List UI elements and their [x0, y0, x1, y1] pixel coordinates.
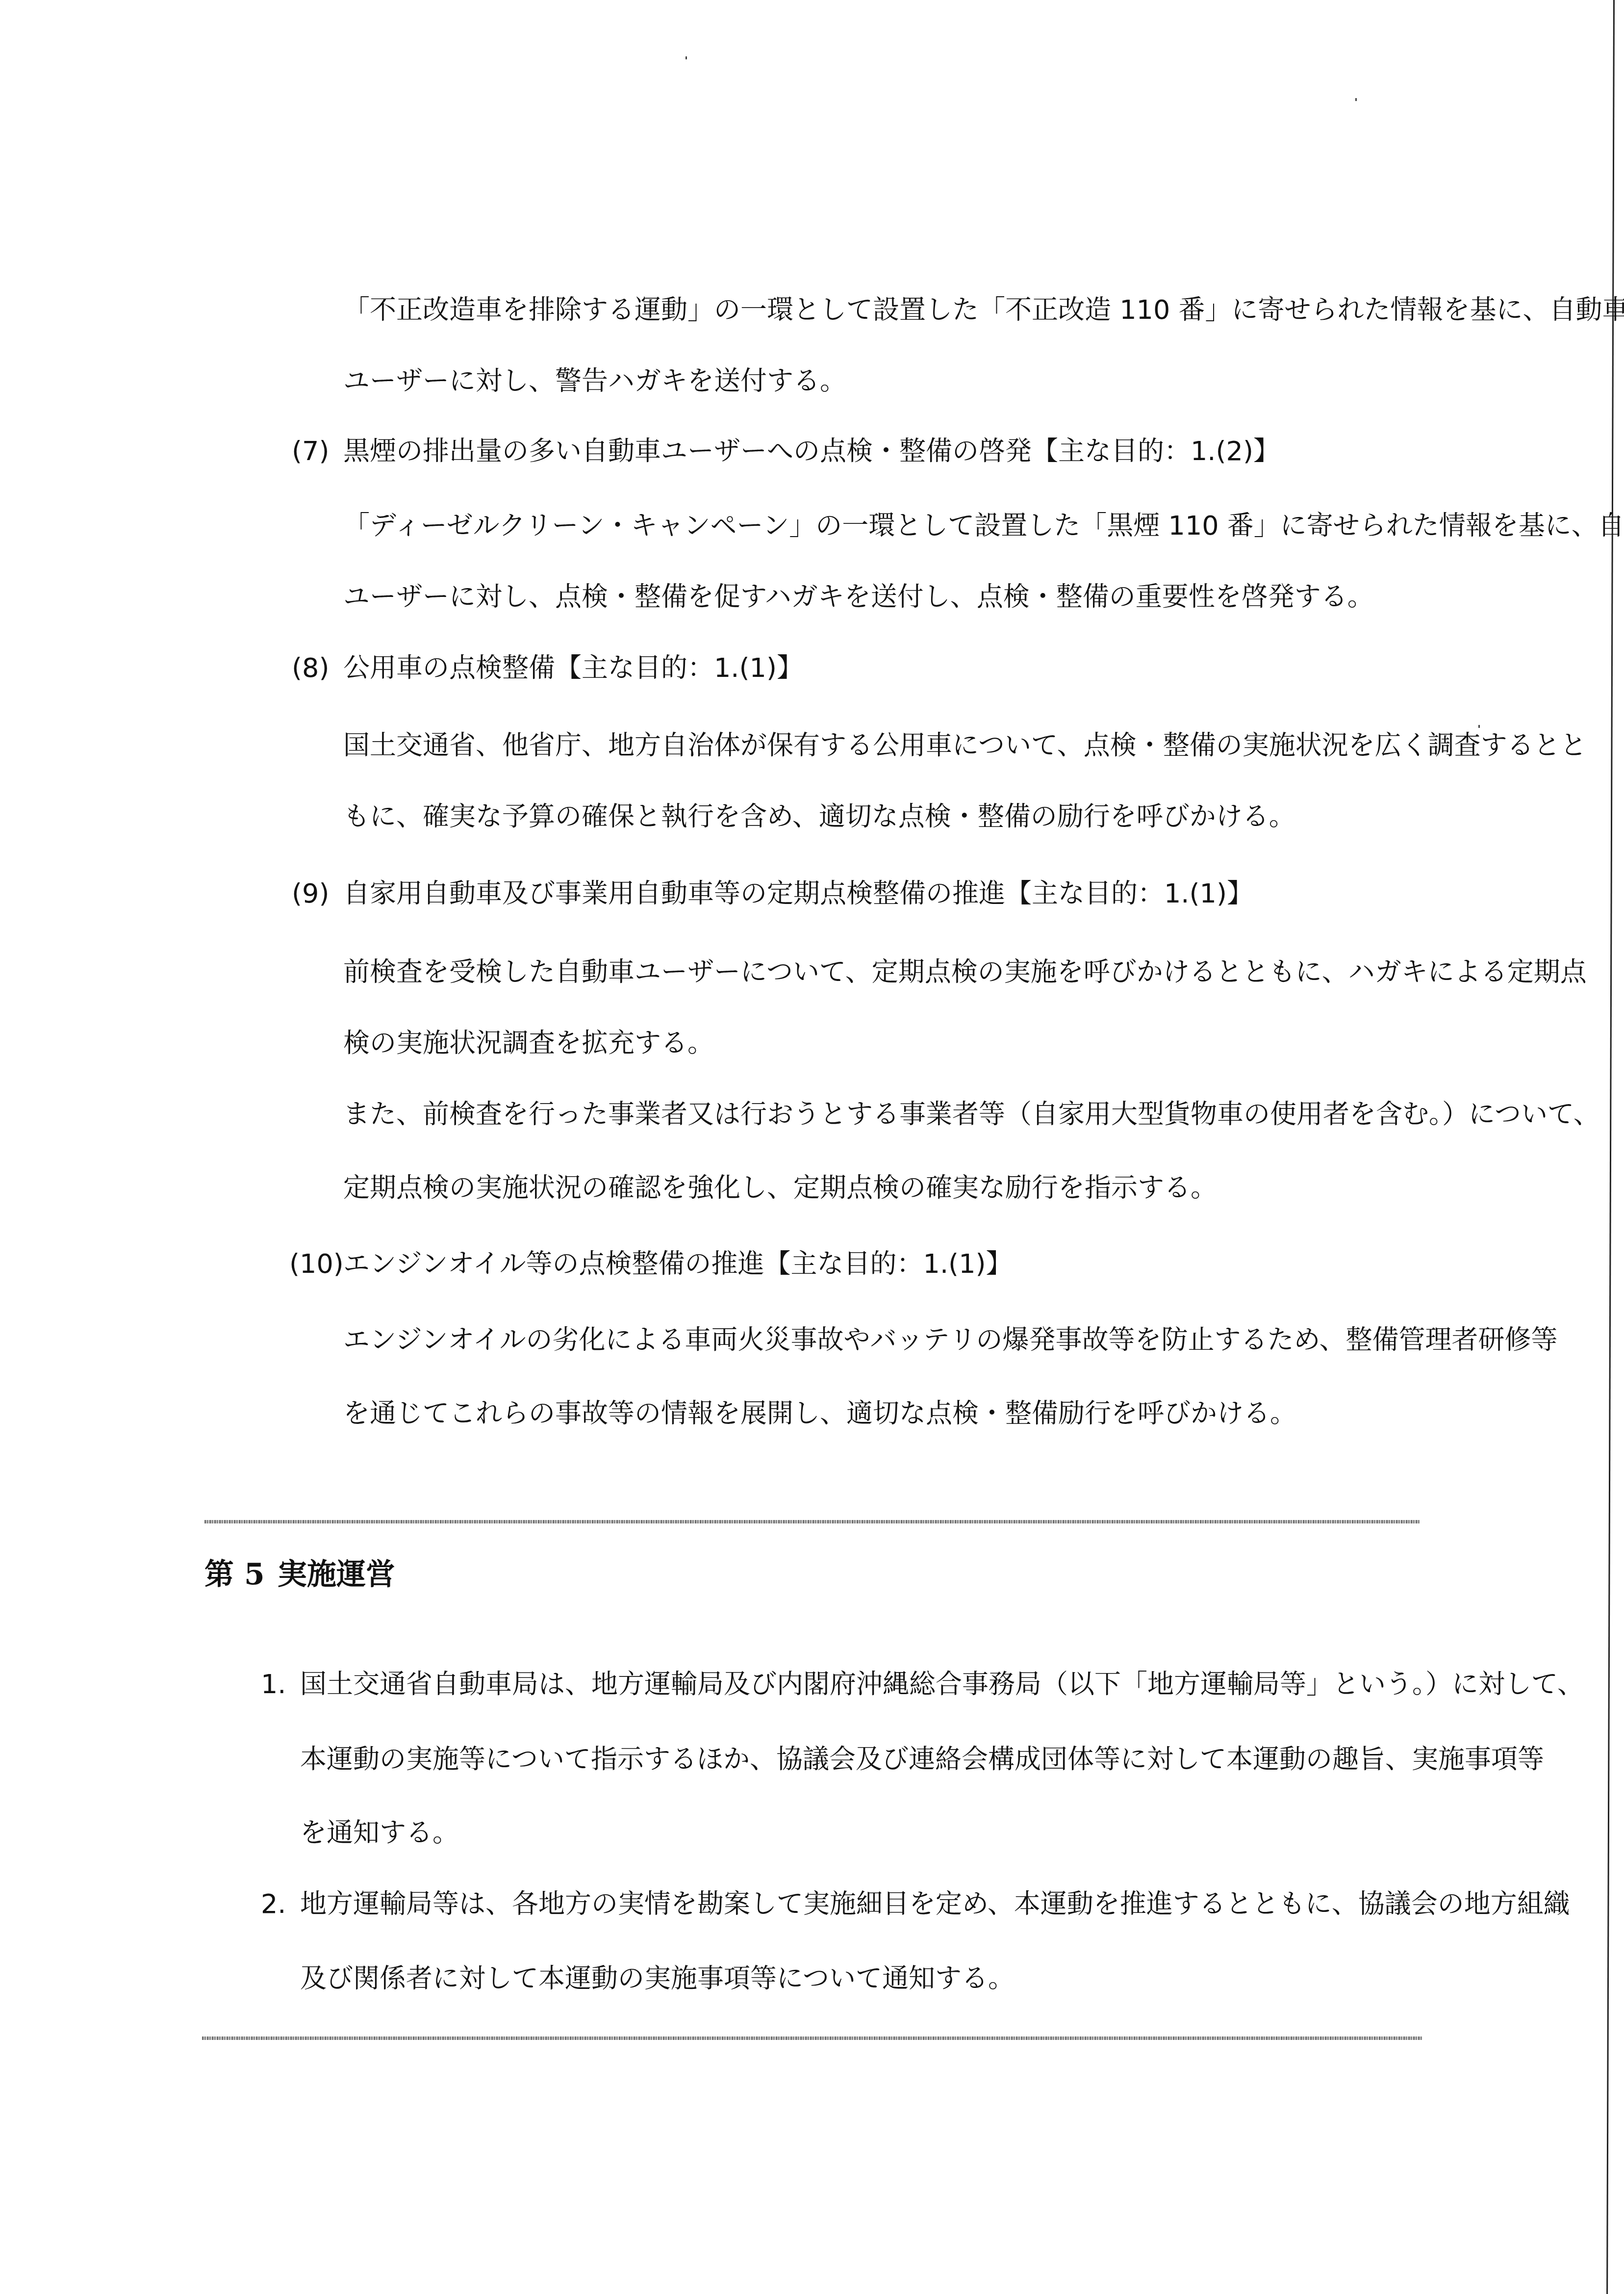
paragraph-line: 検の実施状況調査を拡充する。 [343, 1028, 714, 1059]
item-number: (8) [292, 652, 330, 684]
paragraph-line: 前検査を受検した自動車ユーザーについて、定期点検の実施を呼びかけるとともに、ハガ… [343, 956, 1587, 988]
paragraph-line: もに、確実な予算の確保と執行を含め、適切な点検・整備の励行を呼びかける。 [343, 801, 1295, 832]
list-number: 2. [261, 1888, 286, 1920]
section-title: 実施運営 [278, 1557, 395, 1592]
scanner-edge-line [1606, 0, 1615, 2294]
item-number: (7) [292, 436, 330, 467]
paragraph-line: を通知する。 [300, 1817, 459, 1849]
paragraph-line: エンジンオイルの劣化による車両火災事故やバッテリの爆発事故等を防止するため、整備… [343, 1324, 1557, 1356]
list-number: 1. [261, 1669, 286, 1700]
paragraph-line: ユーザーに対し、点検・整備を促すハガキを送付し、点検・整備の重要性を啓発する。 [343, 581, 1374, 613]
paragraph-line: 「ディーゼルクリーン・キャンペーン」の一環として設置した「黒煙 110 番」に寄… [343, 510, 1624, 541]
paragraph-line: 及び関係者に対して本運動の実施事項等について通知する。 [300, 1963, 1015, 1994]
paragraph-line: また、前検査を行った事業者又は行おうとする事業者等（自家用大型貨物車の使用者を含… [343, 1099, 1600, 1130]
section-number: 第 5 [204, 1557, 265, 1592]
paragraph-line: 本運動の実施等について指示するほか、協議会及び連絡会構成団体等に対して本運動の趣… [300, 1744, 1544, 1775]
item-title: 自家用自動車及び事業用自動車等の定期点検整備の推進【主な目的：1.(1)】 [343, 878, 1253, 909]
scan-speck [685, 56, 687, 59]
scan-speck [1355, 98, 1357, 101]
paragraph-line: 定期点検の実施状況の確認を強化し、定期点検の確実な励行を指示する。 [343, 1172, 1217, 1204]
paragraph-line: 国土交通省自動車局は、地方運輸局及び内閣府沖縄総合事務局（以下「地方運輸局等」と… [300, 1669, 1584, 1700]
paragraph-line: 国土交通省、他省庁、地方自治体が保有する公用車について、点検・整備の実施状況を広… [343, 730, 1587, 761]
section-divider [204, 1520, 1420, 1523]
item-number: (10) [289, 1248, 344, 1280]
item-title: 公用車の点検整備【主な目的：1.(1)】 [343, 652, 803, 684]
item-title: エンジンオイル等の点検整備の推進【主な目的：1.(1)】 [343, 1248, 1013, 1280]
paragraph-line: 「不正改造車を排除する運動」の一環として設置した「不正改造 110 番」に寄せら… [343, 294, 1624, 326]
item-number: (9) [292, 878, 330, 909]
paragraph-line: を通じてこれらの事故等の情報を展開し、適切な点検・整備励行を呼びかける。 [343, 1398, 1296, 1429]
paragraph-line: ユーザーに対し、警告ハガキを送付する。 [343, 365, 846, 397]
scan-speck [1478, 725, 1480, 728]
item-title: 黒煙の排出量の多い自動車ユーザーへの点検・整備の啓発【主な目的：1.(2)】 [343, 436, 1280, 467]
section-divider [202, 2036, 1422, 2040]
paragraph-line: 地方運輸局等は、各地方の実情を勘案して実施細目を定め、本運動を推進するとともに、… [300, 1888, 1570, 1920]
